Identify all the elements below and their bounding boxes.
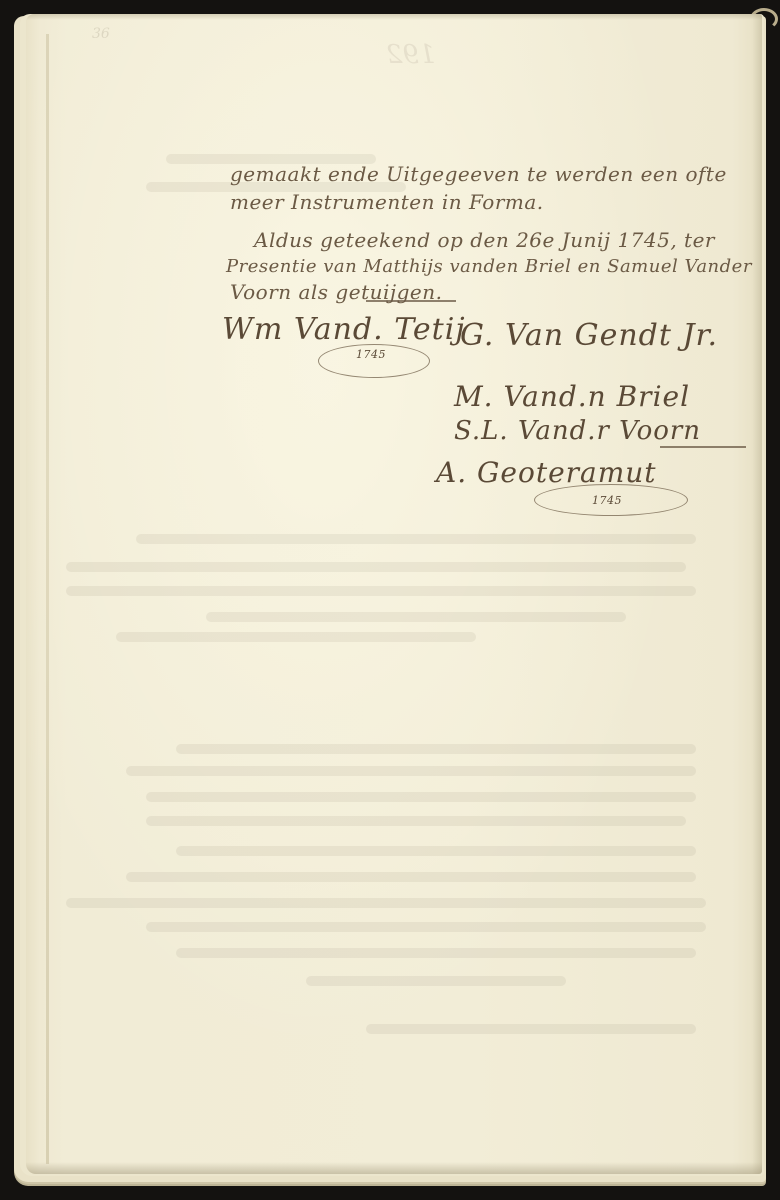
signature-4-stroke [660,446,746,448]
faint-corner-mark: 36 [92,26,110,42]
bleed-through-line [176,744,696,754]
bleed-through-line [366,1024,696,1034]
bleed-through-line [66,898,706,908]
page-bottom-edge [26,1162,762,1174]
body-line-1: gemaakt ende Uitgegeeven te werden een o… [230,162,727,186]
bleed-through-line [146,922,706,932]
page-right-edge [752,14,762,1174]
signature-2: G. Van Gendt Jr. [460,318,718,353]
bleed-through-line [66,586,696,596]
bleed-through-line [306,976,566,986]
bleed-through-line [116,632,476,642]
signature-5-note: 1745 [592,494,622,507]
body-line-3: Aldus geteekend op den 26e Junij 1745, t… [254,228,715,252]
bleed-through-line [126,872,696,882]
bleed-through-line [126,766,696,776]
page-top-edge [26,14,762,20]
bleed-through-line [176,846,696,856]
scanned-manuscript: 36 192 gemaakt ende Uitgegeeven te werde… [0,0,780,1200]
signature-3: M. Vand.n Briel [454,380,690,413]
signature-4: S.L. Vand.r Voorn [454,416,701,446]
bleed-through-line [206,612,626,622]
bleed-through-line [136,534,696,544]
bleed-through-line [176,948,696,958]
faint-folio-number: 192 [386,40,436,70]
page-gutter-line [46,34,49,1164]
bleed-through-line [146,816,686,826]
signature-1: Wm Vand. Tetij [222,312,466,347]
body-line-2: meer Instrumenten in Forma. [230,190,544,214]
manuscript-page: 36 192 gemaakt ende Uitgegeeven te werde… [26,14,762,1174]
bleed-through-line [66,562,686,572]
bleed-through-line [146,792,696,802]
closing-stroke [366,300,456,302]
signature-1-flourish [318,344,430,378]
body-line-4: Presentie van Matthijs vanden Briel en S… [226,256,752,277]
